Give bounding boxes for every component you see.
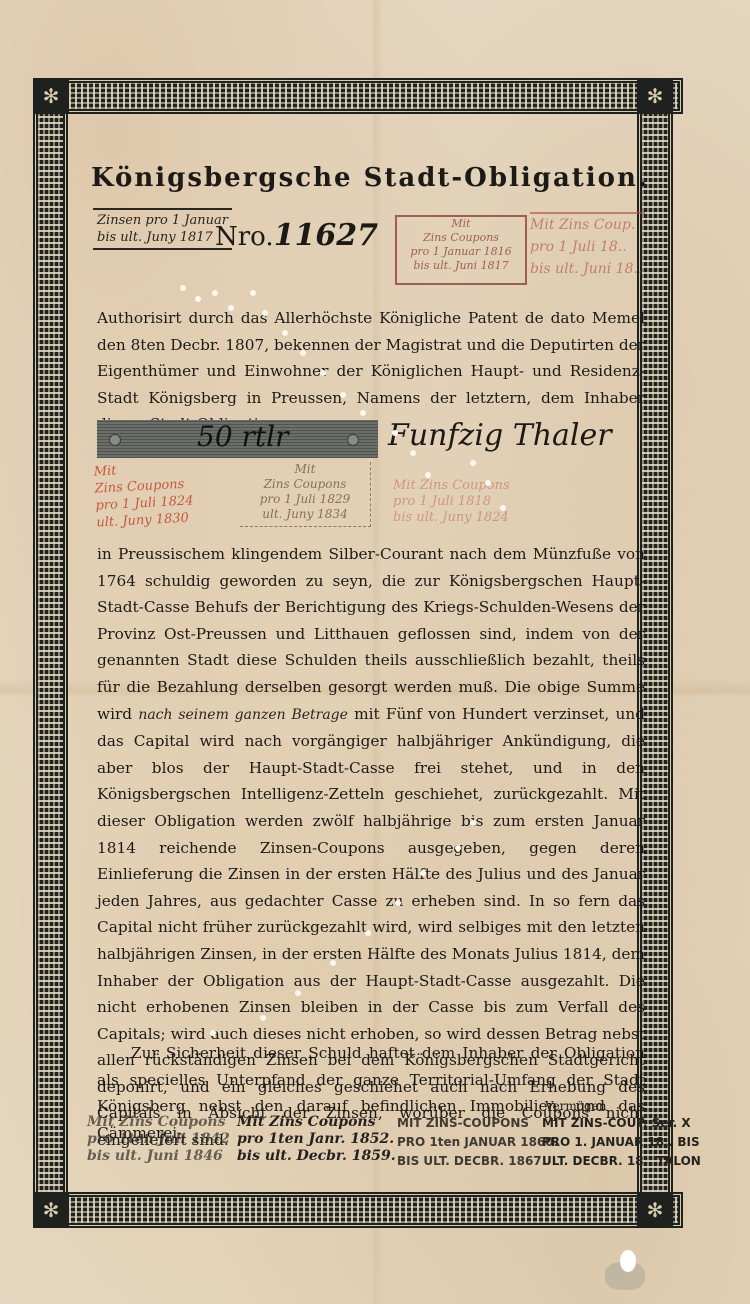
stamp-line: bis ult. Juni 18.. [530,258,645,280]
corner-ornament-icon: ✻ [33,1192,69,1228]
perforation-dot [455,845,461,851]
catchword: Vermögen [545,1099,607,1113]
perforation-dot [395,900,401,906]
perforation-dot [228,305,234,311]
note-line: bis ult. Juny 1817 [97,229,228,246]
stamp-line: BIS ULT. DECBR. 1867. [397,1152,558,1171]
amount-in-words: Funfzig Thaler [388,418,612,453]
serial-number: Nro.11627 [215,218,378,253]
document-title: Königsbergsche Stadt-Obligation. [90,163,650,193]
stamp-line: pro 1 Juli 1818 [393,494,543,510]
stamp-line: Mit Zins Coup. [530,214,645,236]
coupon-stamp-brown: Mit Zins Coupons pro 1 Juli 1829 ult. Ju… [240,462,371,527]
perforation-dot [470,460,476,466]
corner-ornament-icon: ✻ [637,78,673,114]
stamp-line: pro 1 Juli 1829 [240,492,370,507]
handwritten-interest-note: Zinsen pro 1 Januar bis ult. Juny 1817 [93,208,232,250]
corner-ornament-icon: ✻ [637,1192,673,1228]
perforation-dot [282,330,288,336]
perforation-dot [360,410,366,416]
stamp-line: Zins Coupons [397,231,525,245]
perforation-dot [392,430,398,436]
stamp-line: Mit [397,217,525,231]
bottom-coupon-stamps: Mit Zins Coupons pro 1ten Juli 1842 bis … [87,1114,727,1164]
rivet-icon [347,434,359,446]
perforation-dot [500,505,506,511]
rivet-icon [109,434,121,446]
coupon-stamp-red: Mit Zins Coupons pro 1 Juli 1824 ult. Ju… [93,457,231,532]
coupon-stamp-faded: Mit Zins Coup. pro 1 Juli 18.. bis ult. … [530,212,645,280]
perforation-dot [210,1030,216,1036]
stamp-line: Mit [240,462,370,477]
coupon-stamp-1852: Mit Zins Coupons pro 1ten Janr. 1852. bi… [237,1114,396,1165]
value-banner: 50 rtlr [97,420,378,458]
corner-ornament-icon: ✻ [33,78,69,114]
note-line: Zinsen pro 1 Januar [97,212,228,229]
stamp-line: Zins Coupons [240,477,370,492]
stamp-line: PRO 1ten JANUAR 1860. [397,1133,558,1152]
stamp-line: pro 1ten Juli 1842 [87,1131,230,1148]
stamp-line: bis ult. Juni 1846 [87,1148,230,1165]
coupon-stamp-1860: MIT ZINS-COUPONS PRO 1ten JANUAR 1860. B… [397,1114,558,1171]
stamp-line: pro 1ten Janr. 1852. [237,1131,396,1148]
perforation-dot [180,285,186,291]
serial-value: 11627 [274,218,378,253]
perforation-dot [212,290,218,296]
stamp-line: bis ult. Juny 1824 [393,510,543,526]
frame-border-left [33,78,68,1228]
paper-hole [620,1250,636,1272]
perforation-dot [195,296,201,302]
perforation-dot [320,370,326,376]
stamp-line: bis ult. Juni 1817 [397,259,525,273]
perforation-dot [262,310,268,316]
perforation-dot [260,1015,266,1021]
coupon-stamp-box: Mit Zins Coupons pro 1 Januar 1816 bis u… [395,215,527,285]
perforation-dot [365,930,371,936]
handwritten-insert: nach seinem ganzen Betrage [138,707,348,723]
stamp-line: PRO 1. JANUAR 18.. BIS [542,1133,701,1152]
coupon-stamp-1842: Mit Zins Coupons pro 1ten Juli 1842 bis … [87,1114,230,1165]
stamp-line: MIT ZINS-COUP. Ser. X [542,1114,701,1133]
stamp-line: ULT. DECBR. 18.. TALON [542,1152,701,1171]
frame-border-bottom [33,1192,683,1228]
serial-prefix: Nro. [215,222,274,252]
stamp-line: pro 1 Juli 18.. [530,236,645,258]
stamp-line: ult. Juny 1834 [240,507,370,522]
frame-border-top [33,78,683,114]
perforation-dot [470,820,476,826]
perforation-dot [425,472,431,478]
coupon-stamp-faint: Mit Zins Coupons pro 1 Juli 1818 bis ult… [393,478,543,526]
perforation-dot [340,392,346,398]
stamp-line: bis ult. Decbr. 1859. [237,1148,396,1165]
stamp-line: Mit Zins Coupons [87,1114,230,1131]
stamp-line: MIT ZINS-COUPONS [397,1114,558,1133]
stamp-line: pro 1 Januar 1816 [397,245,525,259]
perforation-dot [300,350,306,356]
coupon-stamp-ser-x: MIT ZINS-COUP. Ser. X PRO 1. JANUAR 18..… [542,1114,701,1171]
perforation-dot [250,290,256,296]
perforation-dot [295,990,301,996]
perforation-dot [420,870,426,876]
stamp-line: Mit Zins Coupons [393,478,543,494]
perforation-dot [485,480,491,486]
stamp-line: Mit Zins Coupons [237,1114,396,1131]
paragraph-text: in Preussischem klingendem Silber-Couran… [97,545,645,723]
perforation-dot [330,960,336,966]
value-amount: 50 rtlr [197,420,289,453]
perforation-dot [410,450,416,456]
